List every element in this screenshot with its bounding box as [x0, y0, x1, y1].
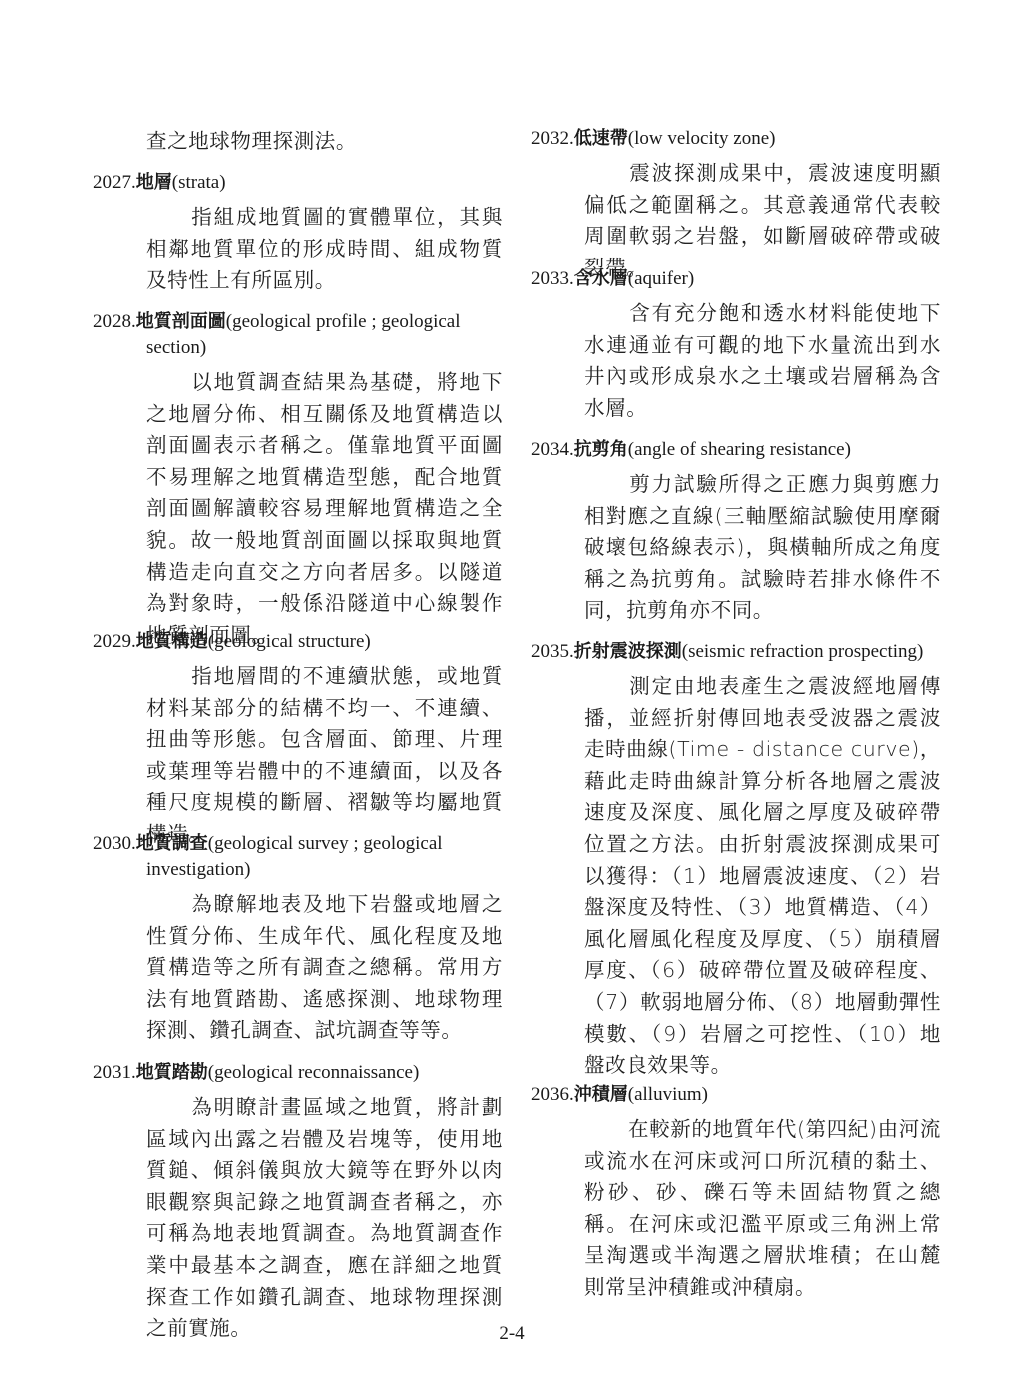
- entry-heading: 2035.折射震波探測(seismic refraction prospecti…: [531, 639, 941, 665]
- entry-body: 指組成地質圖的實體單位，其與相鄰地質單位的形成時間、組成物質及特性上有所區別。: [93, 202, 503, 297]
- entry-body: 含有充分飽和透水材料能使地下水連通並有可觀的地下水量流出到水井內或形成泉水之土壤…: [531, 298, 941, 424]
- glossary-entry-2029: 2029.地質構造(geological structure) 指地層間的不連續…: [93, 629, 503, 851]
- entry-heading: 2036.沖積層(alluvium): [531, 1082, 941, 1108]
- entry-english: (angle of shearing resistance): [628, 439, 851, 460]
- glossary-entry-2033: 2033.含水層(aquifer) 含有充分飽和透水材料能使地下水連通並有可觀的…: [531, 266, 941, 424]
- entry-body: 在較新的地質年代(第四紀)由河流或流水在河床或河口所沉積的黏土、粉砂、砂、礫石等…: [531, 1114, 941, 1304]
- entry-body: 測定由地表產生之震波經地層傳播，並經折射傳回地表受波器之震波走時曲線(Time …: [531, 671, 941, 1082]
- entry-body: 指地層間的不連續狀態，或地質材料某部分的結構不均一、不連續、扭曲等形態。包含層面…: [93, 661, 503, 851]
- entry-number: 2035.: [531, 641, 574, 662]
- entry-term: 地質調查: [136, 833, 208, 854]
- entry-body: 為瞭解地表及地下岩盤或地層之性質分佈、生成年代、風化程度及地質構造等之所有調查之…: [93, 889, 503, 1047]
- entry-number: 2031.: [93, 1062, 136, 1083]
- entry-heading: 2033.含水層(aquifer): [531, 266, 941, 292]
- entry-number: 2032.: [531, 128, 574, 149]
- entry-heading: 2034.抗剪角(angle of shearing resistance): [531, 437, 941, 463]
- entry-english: (geological structure): [208, 631, 371, 652]
- entry-heading: 2029.地質構造(geological structure): [93, 629, 503, 655]
- entry-english: (low velocity zone): [628, 128, 776, 149]
- glossary-entry-2036: 2036.沖積層(alluvium) 在較新的地質年代(第四紀)由河流或流水在河…: [531, 1082, 941, 1304]
- entry-english: (aquifer): [628, 268, 694, 289]
- entry-term: 地層: [136, 172, 172, 193]
- entry-number: 2033.: [531, 268, 574, 289]
- entry-heading: 2028.地質剖面圖(geological profile ; geologic…: [93, 309, 503, 361]
- glossary-entry-2027: 2027.地層(strata) 指組成地質圖的實體單位，其與相鄰地質單位的形成時…: [93, 170, 503, 297]
- entry-body: 剪力試驗所得之正應力與剪應力相對應之直線(三軸壓縮試驗使用摩爾破壞包絡線表示)，…: [531, 469, 941, 627]
- entry-term: 抗剪角: [574, 439, 628, 460]
- entry-heading: 2027.地層(strata): [93, 170, 503, 196]
- entry-number: 2027.: [93, 172, 136, 193]
- entry-heading: 2032.低速帶(low velocity zone): [531, 126, 941, 152]
- glossary-entry-2034: 2034.抗剪角(angle of shearing resistance) 剪…: [531, 437, 941, 627]
- entry-term: 地質踏勘: [136, 1062, 208, 1083]
- glossary-entry-2031: 2031.地質踏勘(geological reconnaissance) 為明瞭…: [93, 1060, 503, 1345]
- entry-heading: 2030.地質調查(geological survey ; geological…: [93, 831, 503, 883]
- entry-english: (seismic refraction prospecting): [682, 641, 924, 662]
- entry-number: 2036.: [531, 1084, 574, 1105]
- glossary-entry-2028: 2028.地質剖面圖(geological profile ; geologic…: [93, 309, 503, 651]
- entry-number: 2034.: [531, 439, 574, 460]
- entry-term: 地質構造: [136, 631, 208, 652]
- page-number: 2-4: [0, 1323, 1024, 1345]
- entry-number: 2028.: [93, 311, 136, 332]
- entry-english: (geological reconnaissance): [208, 1062, 420, 1083]
- entry-body: 以地質調查結果為基礎，將地下之地層分佈、相互關係及地質構造以剖面圖表示者稱之。僅…: [93, 367, 503, 651]
- entry-english: (alluvium): [628, 1084, 708, 1105]
- entry-term: 低速帶: [574, 128, 628, 149]
- entry-number: 2030.: [93, 833, 136, 854]
- entry-number: 2029.: [93, 631, 136, 652]
- entry-term: 含水層: [574, 268, 628, 289]
- glossary-entry-2032: 2032.低速帶(low velocity zone) 震波探測成果中，震波速度…: [531, 126, 941, 284]
- glossary-entry-2035: 2035.折射震波探測(seismic refraction prospecti…: [531, 639, 941, 1082]
- continuation-text: 查之地球物理探測法。: [146, 126, 503, 158]
- entry-heading: 2031.地質踏勘(geological reconnaissance): [93, 1060, 503, 1086]
- entry-term: 折射震波探測: [574, 641, 682, 662]
- entry-term: 地質剖面圖: [136, 311, 226, 332]
- entry-english: (strata): [172, 172, 226, 193]
- glossary-entry-2030: 2030.地質調查(geological survey ; geological…: [93, 831, 503, 1047]
- entry-term: 沖積層: [574, 1084, 628, 1105]
- entry-body: 為明瞭計畫區域之地質，將計劃區域內出露之岩體及岩塊等，使用地質鎚、傾斜儀與放大鏡…: [93, 1092, 503, 1345]
